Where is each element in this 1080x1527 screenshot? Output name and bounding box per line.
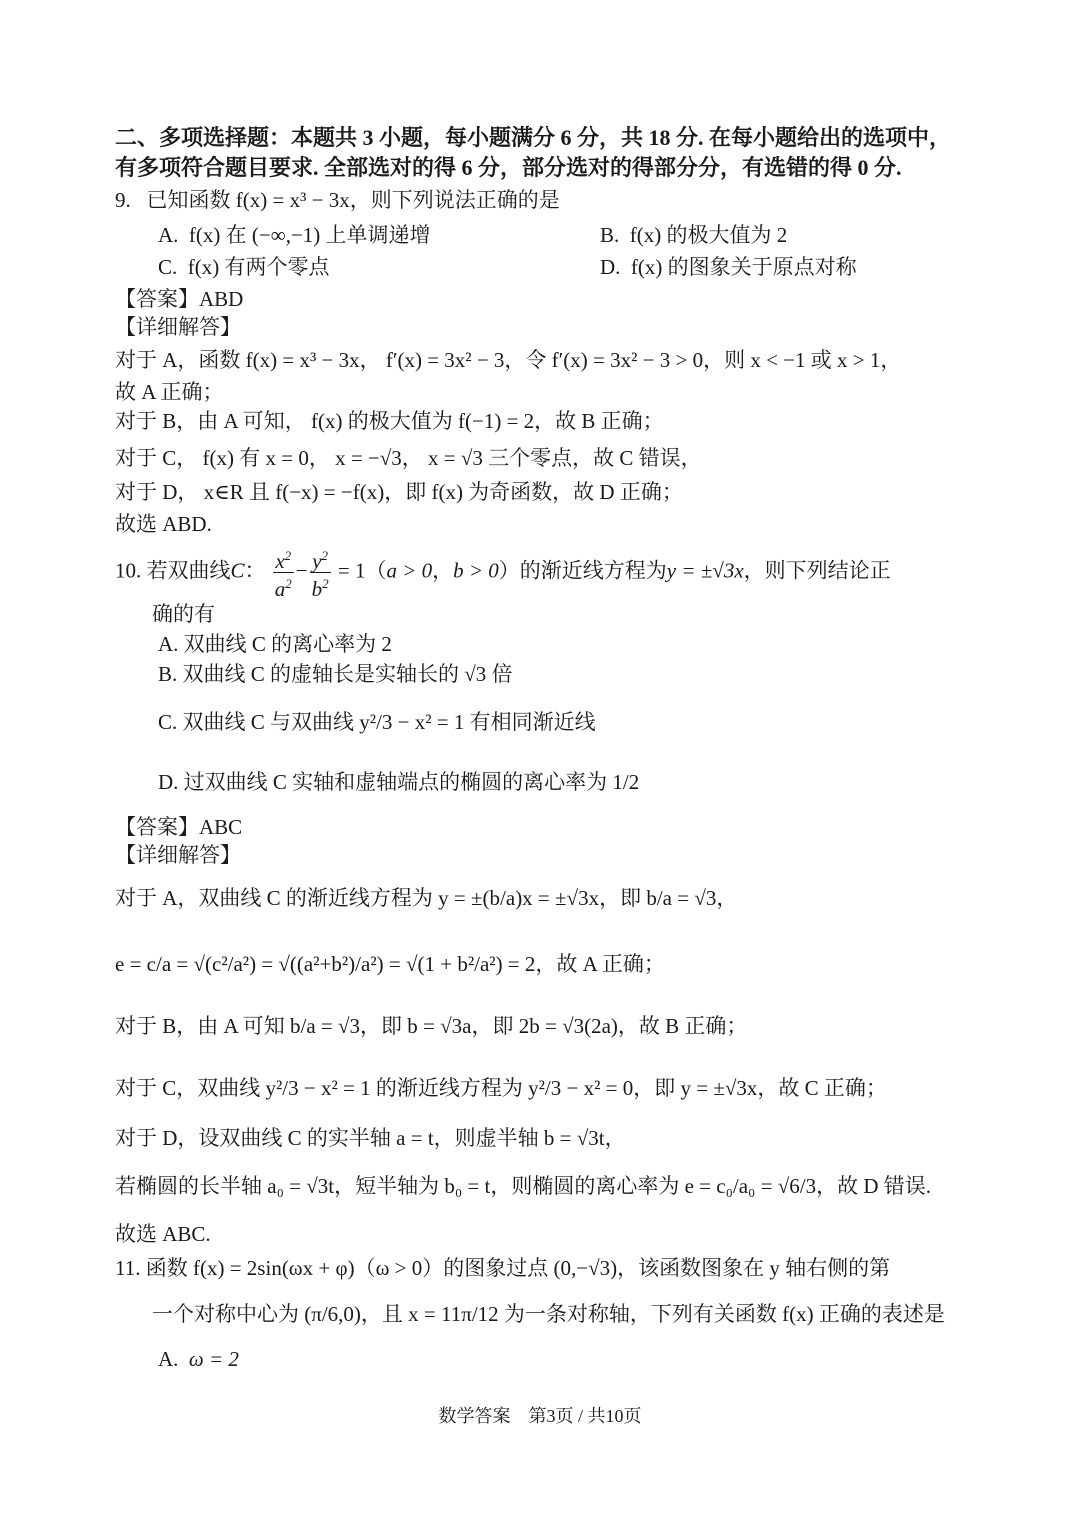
stem-text: ， [432,558,453,582]
fraction-x2-a2: x2a2 [273,545,294,600]
q10-answer: 【答案】ABC [115,813,242,841]
stem-text: ： [245,558,266,582]
q10-number: 10. [115,558,141,582]
stem-text: ）的渐近线方程为 [499,558,667,582]
option-text: f(x) 的图象关于原点对称 [631,255,857,279]
q10-solution-line: 对于 A，双曲线 C 的渐近线方程为 y = ±(b/a)x = ±√3x，即 … [115,884,737,912]
answer-label: 【答案】 [115,815,199,839]
stem-text: = 1（ [338,558,387,582]
stem-math: y = ±√3x [667,558,744,582]
option-label: B. [158,662,177,686]
q11-stem-line1: 函数 f(x) = 2sin(ωx + φ)（ω > 0）的图象过点 (0,−√… [146,1256,890,1280]
q10-solution-line: 故选 ABC. [115,1220,211,1248]
q11-stem-line2: 一个对称中心为 (π/6,0)，且 x = 11π/12 为一条对称轴，下列有关… [152,1300,945,1328]
stem-math: a > 0 [386,558,432,582]
q10-solution-line: 对于 C，双曲线 y²/3 − x² = 1 的渐近线方程为 y²/3 − x²… [115,1074,887,1102]
option-label: A. [158,632,178,656]
stem-math: b > 0 [453,558,499,582]
q9-solution-line: 对于 D， x∈R 且 f(−x) = −f(x)，即 f(x) 为奇函数，故 … [115,478,683,506]
q10-stem-wrap: 确的有 [152,600,215,628]
option-label: A. [158,1347,178,1371]
footer-subject: 数学答案 [438,1406,510,1426]
option-label: A. [158,223,178,247]
q11-stem-row: 11. 函数 f(x) = 2sin(ωx + φ)（ω > 0）的图象过点 (… [115,1254,890,1282]
option-text: f(x) 有两个零点 [188,255,330,279]
option-label: C. [158,710,177,734]
option-text: 双曲线 C 与双曲线 y²/3 − x² = 1 有相同渐近线 [183,710,596,734]
q9-solution-line: 故选 ABD. [115,510,212,538]
hyperbola-name: C [231,558,245,582]
q11-number: 11. [115,1256,140,1280]
q9-option-c: C. f(x) 有两个零点 [158,253,330,281]
q10-stem-row: 10. 若双曲线C： x2a2−y2b2 = 1（a > 0，b > 0）的渐近… [115,545,891,600]
q9-option-d: D. f(x) 的图象关于原点对称 [600,253,857,281]
q9-stem-row: 9. 已知函数 f(x) = x³ − 3x，则下列说法正确的是 [115,186,560,214]
q10-option-d: D. 过双曲线 C 实轴和虚轴端点的椭圆的离心率为 1/2 [158,768,639,796]
q11-option-a: A. ω = 2 [158,1345,239,1373]
answer-value: ABD [199,287,243,311]
option-text: ω = 2 [189,1347,239,1371]
q9-answer: 【答案】ABD [115,285,243,313]
q9-solution-label: 【详细解答】 [115,313,241,341]
q10-solution-line: 对于 B，由 A 可知 b/a = √3，即 b = √3a，即 2b = √3… [115,1012,747,1040]
q9-solution-line: 对于 B，由 A 可知， f(x) 的极大值为 f(−1) = 2，故 B 正确… [115,407,664,435]
option-text: 双曲线 C 的离心率为 2 [184,632,392,656]
option-text: 双曲线 C 的虚轴长是实轴长的 √3 倍 [183,662,513,686]
q9-option-b: B. f(x) 的极大值为 2 [600,221,787,249]
q9-number: 9. [115,188,131,212]
footer-page-number: 第3页 [528,1406,573,1426]
answer-value: ABC [199,815,242,839]
page-footer: 数学答案 第3页 / 共10页 [0,1402,1080,1428]
option-text: f(x) 的极大值为 2 [630,223,787,247]
option-label: D. [600,255,620,279]
option-label: C. [158,255,177,279]
q9-solution-line: 故 A 正确； [115,378,224,406]
q10-option-b: B. 双曲线 C 的虚轴长是实轴长的 √3 倍 [158,660,513,688]
footer-total-pages: 共10页 [588,1406,642,1426]
option-text: f(x) 在 (−∞,−1) 上单调递增 [189,223,431,247]
q10-option-a: A. 双曲线 C 的离心率为 2 [158,630,392,658]
q10-solution-label: 【详细解答】 [115,841,241,869]
option-text: 过双曲线 C 实轴和虚轴端点的椭圆的离心率为 1/2 [184,770,640,794]
section-header-line1: 二、多项选择题：本题共 3 小题，每小题满分 6 分，共 18 分. 在每小题给… [115,124,951,152]
q10-solution-line: 若椭圆的长半轴 a₀ = √3t，短半轴为 b₀ = t，则椭圆的离心率为 e … [115,1172,931,1200]
q9-stem: 已知函数 f(x) = x³ − 3x，则下列说法正确的是 [147,188,560,212]
section-header-line2: 有多项符合题目要求. 全部选对的得 6 分，部分选对的得部分分，有选错的得 0 … [115,154,902,182]
q10-solution-line: 对于 D，设双曲线 C 的实半轴 a = t，则虚半轴 b = √3t， [115,1124,626,1152]
fraction-y2-b2: y2b2 [310,545,331,600]
option-label: D. [158,770,178,794]
stem-text: 若双曲线 [147,558,231,582]
answer-label: 【答案】 [115,287,199,311]
q9-solution-line: 对于 A，函数 f(x) = x³ − 3x， f′(x) = 3x² − 3，… [115,346,901,374]
footer-separator: / [578,1406,583,1426]
stem-text: ，则下列结论正 [744,558,891,582]
q10-option-c: C. 双曲线 C 与双曲线 y²/3 − x² = 1 有相同渐近线 [158,708,596,736]
q9-option-a: A. f(x) 在 (−∞,−1) 上单调递增 [158,221,431,249]
q10-solution-line: e = c/a = √(c²/a²) = √((a²+b²)/a²) = √(1… [115,950,665,978]
option-label: B. [600,223,619,247]
q9-solution-line: 对于 C， f(x) 有 x = 0， x = −√3， x = √3 三个零点… [115,444,702,472]
